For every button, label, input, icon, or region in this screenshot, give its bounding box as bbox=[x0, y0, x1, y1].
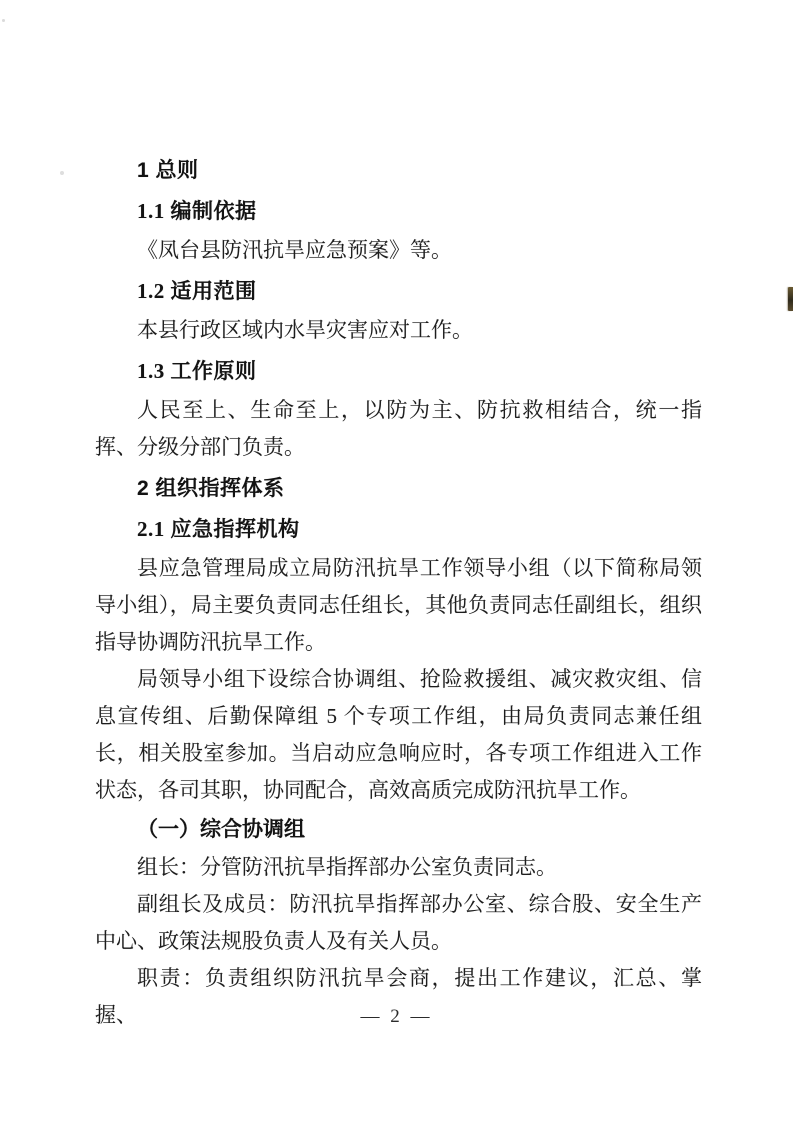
heading-1-1-compilation-basis: 1.1 编制依据 bbox=[95, 193, 702, 230]
paragraph-deputy-leader-and-members: 副组长及成员：防汛抗旱指挥部办公室、综合股、安全生产中心、政策法规股负责人及有关… bbox=[95, 886, 702, 960]
heading-2-1-emergency-command-organ: 2.1 应急指挥机构 bbox=[95, 511, 702, 548]
heading-1-2-scope-of-application: 1.2 适用范围 bbox=[95, 273, 702, 310]
heading-1-3-working-principles: 1.3 工作原则 bbox=[95, 353, 702, 390]
scan-speck-artifact bbox=[60, 171, 64, 175]
scanned-document-page: 1 总则 1.1 编制依据 《凤台县防汛抗旱应急预案》等。 1.2 适用范围 本… bbox=[0, 0, 793, 1122]
page-number: — 2 — bbox=[0, 1006, 793, 1028]
paragraph-scope-of-application: 本县行政区域内水旱灾害应对工作。 bbox=[95, 312, 702, 349]
paragraph-group-leader: 组长：分管防汛抗旱指挥部办公室负责同志。 bbox=[95, 849, 702, 886]
heading-section-1-general-rules: 1 总则 bbox=[95, 152, 702, 189]
paragraph-leading-group-setup: 县应急管理局成立局防汛抗旱工作领导小组（以下简称局领导小组），局主要负责同志任组… bbox=[95, 550, 702, 661]
paragraph-special-work-groups: 局领导小组下设综合协调组、抢险救援组、减灾救灾组、信息宣传组、后勤保障组 5 个… bbox=[95, 661, 702, 809]
paragraph-compilation-basis: 《凤台县防汛抗旱应急预案》等。 bbox=[95, 232, 702, 269]
paragraph-working-principles: 人民至上、生命至上，以防为主、防抗救相结合，统一指挥、分级分部门负责。 bbox=[95, 392, 702, 466]
document-body: 1 总则 1.1 编制依据 《凤台县防汛抗旱应急预案》等。 1.2 适用范围 本… bbox=[95, 148, 702, 1034]
heading-section-2-command-system: 2 组织指挥体系 bbox=[95, 470, 702, 507]
scan-speck-artifact bbox=[2, 19, 5, 22]
scan-edge-mark-artifact bbox=[788, 287, 793, 311]
heading-group-1-comprehensive-coordination: （一）综合协调组 bbox=[95, 811, 702, 848]
